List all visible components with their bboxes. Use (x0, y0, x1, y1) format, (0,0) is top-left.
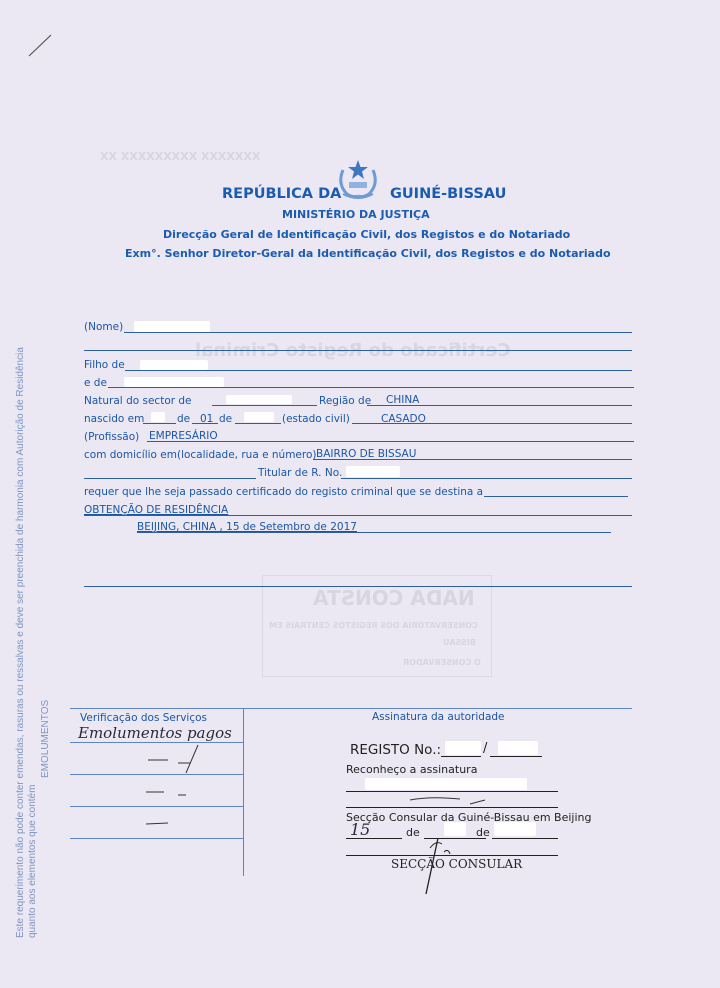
domicilio-label: com domicílio em(localidade, rua e númer… (84, 449, 317, 461)
place-date-field[interactable] (137, 532, 611, 533)
destino-field-line2[interactable] (84, 515, 632, 516)
side-note-line2: quanto aos elementos que contém (27, 785, 38, 938)
redacted-year (494, 822, 536, 836)
bleed-through-stamp: NADA CONSTA CONSERVATÓRIA DOS REGISTOS C… (262, 575, 492, 677)
nome-field-line2[interactable] (84, 350, 632, 351)
redacted-sector (226, 395, 292, 404)
redacted-registo-2 (498, 741, 538, 755)
birth-month-value: 01 (200, 413, 213, 425)
year-field[interactable] (492, 838, 558, 839)
day-field[interactable] (346, 838, 402, 839)
bleed-through-text: XXXXXXX XXXXXXXXX XX (100, 150, 260, 163)
de-label-1: de (177, 413, 190, 425)
titular-field[interactable] (341, 478, 632, 479)
handwritten-mark (400, 794, 510, 808)
addressee-line: Exm°. Senhor Diretor-Geral da Identifica… (125, 247, 611, 260)
domicilio-field-cont[interactable] (84, 478, 256, 479)
registo-label: REGISTO No.: (350, 742, 441, 758)
reconheco-label: Reconheço a assinatura (346, 763, 477, 776)
redacted-birth-year (244, 412, 274, 422)
natural-label: Natural do sector de (84, 395, 192, 407)
assinatura-label: Assinatura da autoridade (372, 711, 505, 723)
redacted-signature-name (365, 778, 527, 790)
filho-de-field[interactable] (125, 370, 632, 371)
de-label-4: de (476, 826, 490, 839)
profissao-value: EMPRESÁRIO (149, 430, 218, 442)
birth-year-field[interactable] (235, 423, 281, 424)
natural-field[interactable] (212, 405, 317, 406)
redacted-rno (346, 466, 400, 477)
side-note-line1: Este requerimento não pode conter emenda… (15, 347, 26, 938)
verificacao-label: Verificação dos Serviços (80, 712, 207, 724)
handwritten-dashes (130, 735, 230, 845)
ministry-title: MINISTÉRIO DA JUSTIÇA (282, 208, 430, 221)
regiao-label: Região de (319, 395, 371, 407)
nascido-label: nascido em (84, 413, 144, 425)
registo-field-1[interactable] (441, 756, 481, 757)
signature-stroke (410, 830, 460, 900)
requer-label: requer que lhe seja passado certificado … (84, 486, 483, 498)
destino-field[interactable] (484, 496, 628, 497)
e-de-label: e de (84, 377, 107, 389)
pen-mark (25, 30, 55, 60)
filho-de-label: Filho de (84, 359, 125, 371)
table-top-border (70, 708, 632, 709)
titular-label: Titular de R. No. (258, 467, 342, 479)
estado-civil-value: CASADO (381, 413, 426, 425)
redacted-mother (124, 377, 224, 387)
registo-separator: / (483, 741, 487, 756)
profissao-field[interactable] (147, 441, 634, 442)
domicilio-value: BAIRRO DE BISSAU (316, 448, 416, 460)
redacted-name (134, 321, 210, 332)
estado-civil-label: (estado civil) (282, 413, 350, 425)
reconheco-line-1[interactable] (346, 791, 558, 792)
signature-line[interactable] (84, 586, 632, 587)
nome-label: (Nome) (84, 321, 123, 333)
directorate-title: Direcção Geral de Identificação Civil, d… (163, 228, 570, 241)
de-label-2: de (219, 413, 232, 425)
regiao-value: CHINA (386, 394, 419, 406)
redacted-father (140, 360, 208, 370)
redacted-registo-1 (445, 741, 481, 755)
republica-left: REPÚBLICA DA (222, 186, 341, 202)
day-handwritten: 15 (350, 820, 370, 839)
side-note-emolumentos: EMOLUMENTOS (40, 700, 51, 778)
redacted-birth-day (151, 412, 165, 422)
republica-right: GUINÉ-BISSAU (390, 186, 506, 202)
birth-day-field[interactable] (143, 423, 176, 424)
e-de-field[interactable] (108, 387, 634, 388)
seccao-consular-line: Secção Consular da Guiné-Bissau em Beiji… (346, 811, 592, 824)
profissao-label: (Profissão) (84, 431, 139, 443)
nome-field[interactable] (124, 332, 632, 333)
registo-field-2[interactable] (490, 756, 542, 757)
table-divider (243, 708, 244, 876)
